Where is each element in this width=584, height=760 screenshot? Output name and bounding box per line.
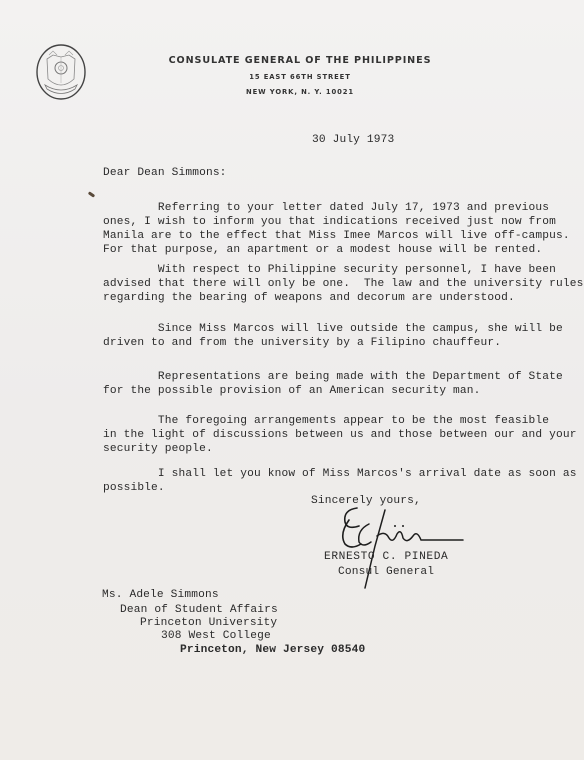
signatory-title: Consul General (338, 565, 434, 579)
letterhead-city: NEW YORK, N. Y. 10021 (150, 88, 450, 96)
recipient-position: Dean of Student Affairs (120, 603, 278, 617)
letter-date: 30 July 1973 (312, 133, 394, 147)
recipient-name: Ms. Adele Simmons (102, 588, 219, 602)
letterhead-title: CONSULATE GENERAL OF THE PHILIPPINES (145, 55, 455, 66)
letterhead-street: 15 EAST 66TH STREET (150, 73, 450, 81)
paragraph-2: With respect to Philippine security pers… (103, 263, 583, 305)
closing: Sincerely yours, (311, 494, 421, 508)
letter-page: CONSULATE GENERAL OF THE PHILIPPINES 15 … (0, 0, 584, 760)
ink-mark (88, 191, 95, 197)
paragraph-5: The foregoing arrangements appear to be … (103, 414, 577, 456)
salutation: Dear Dean Simmons: (103, 166, 227, 180)
paragraph-1: Referring to your letter dated July 17, … (103, 201, 570, 257)
recipient-building: 308 West College (161, 629, 271, 643)
recipient-institution: Princeton University (140, 616, 277, 630)
paragraph-3: Since Miss Marcos will live outside the … (103, 322, 563, 350)
paragraph-6: I shall let you know of Miss Marcos's ar… (103, 467, 577, 495)
paragraph-4: Representations are being made with the … (103, 370, 563, 398)
recipient-city: Princeton, New Jersey 08540 (180, 643, 365, 657)
signatory-name: ERNESTO C. PINEDA (324, 550, 448, 564)
consulate-seal-icon (35, 43, 87, 101)
